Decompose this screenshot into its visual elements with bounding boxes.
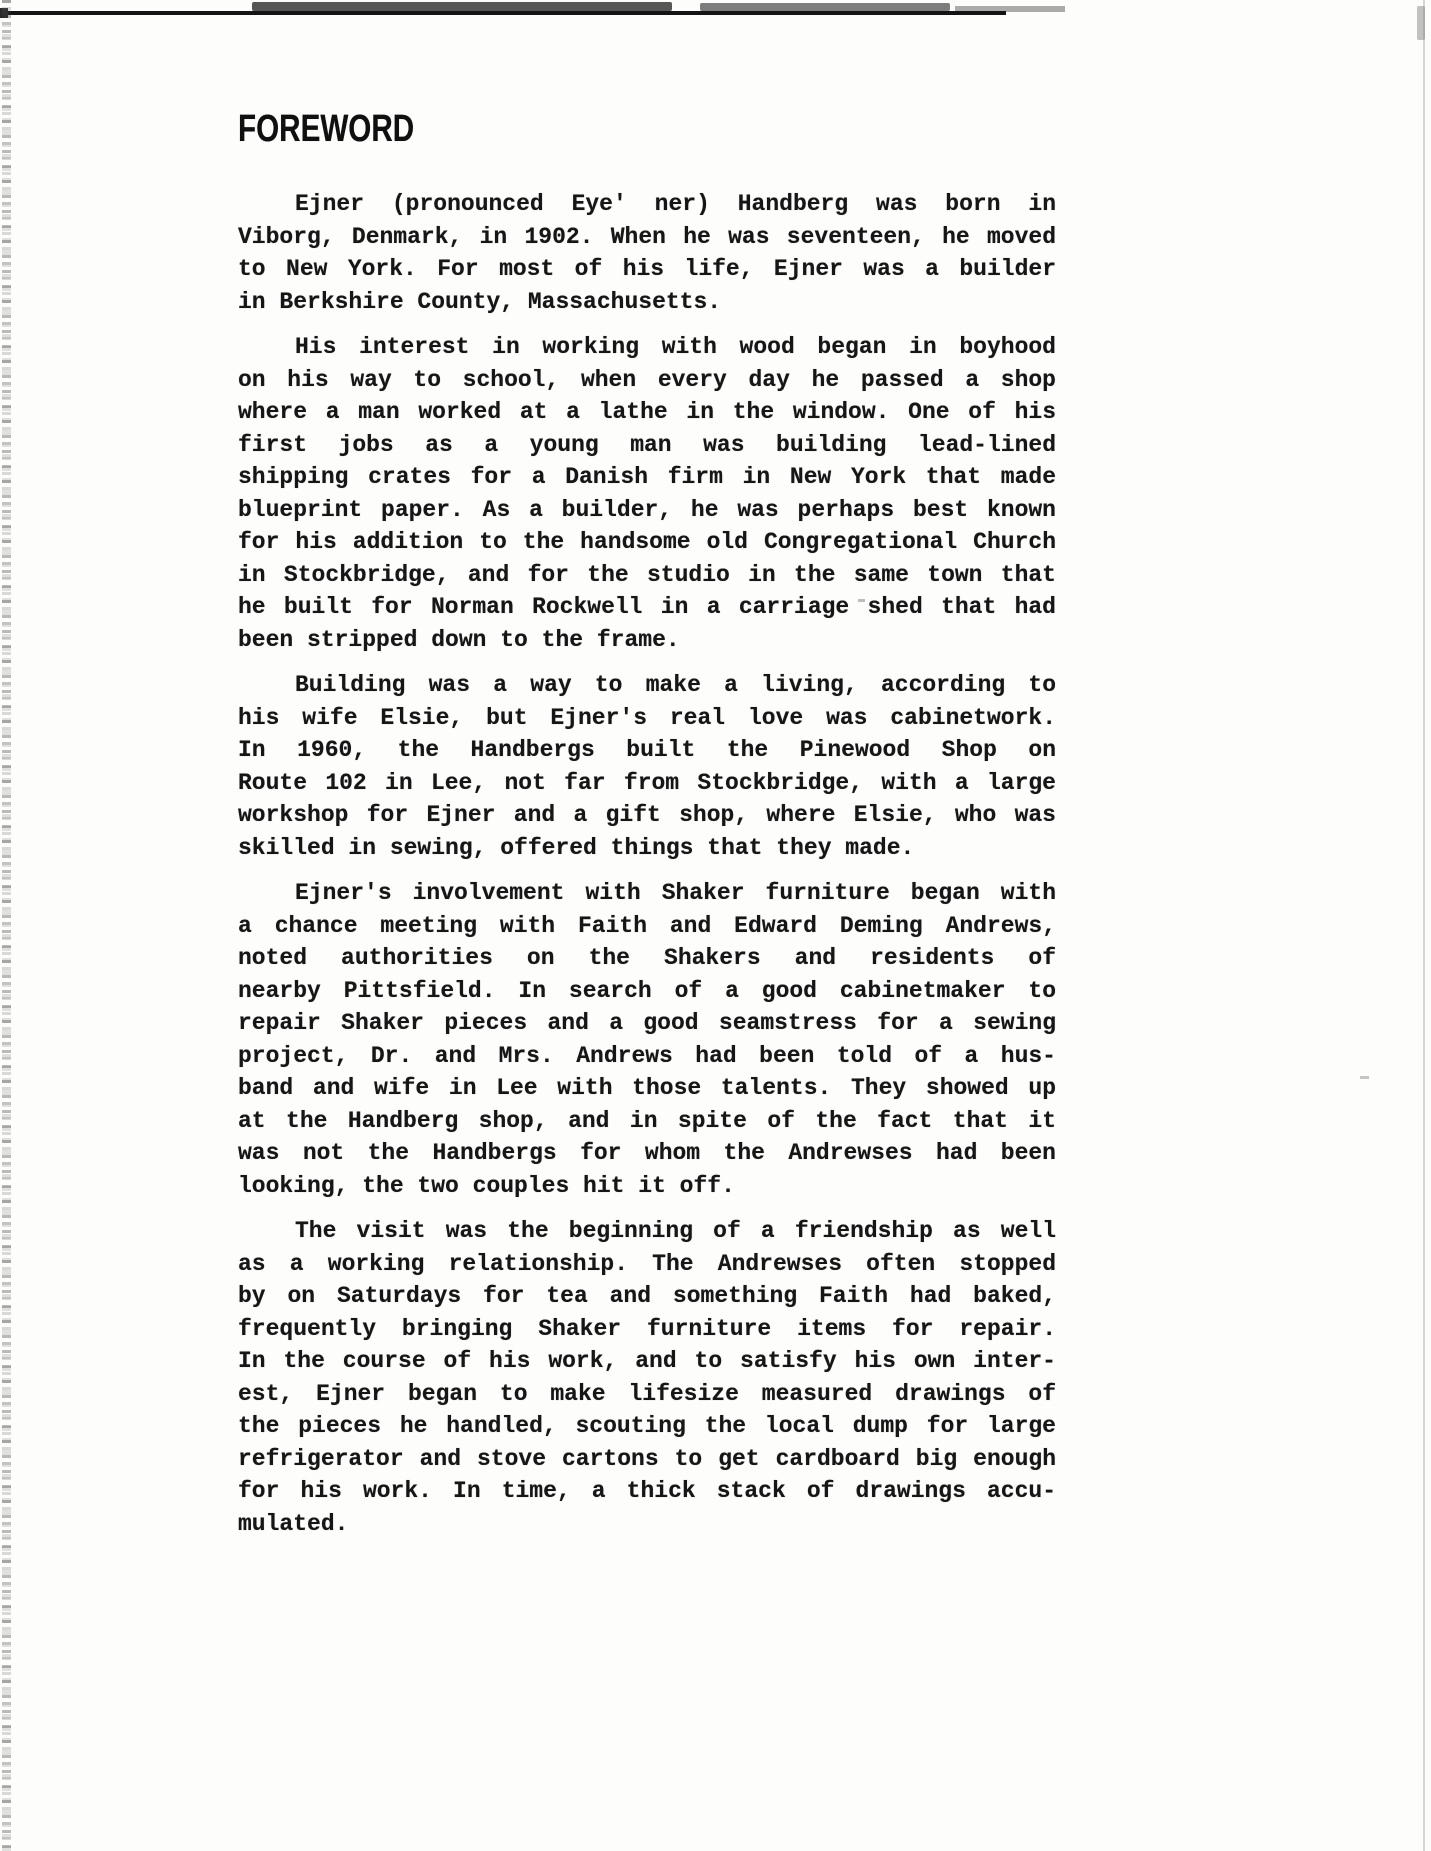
scan-smudge	[1417, 6, 1425, 40]
text-line: been stripped down to the frame.	[238, 624, 1056, 657]
text-line: his wife Elsie, but Ejner's real love wa…	[238, 702, 1056, 735]
scan-smudge	[252, 2, 672, 11]
scanned-page: FOREWORD Ejner (pronounced Eye' ner) Han…	[0, 0, 1431, 1851]
text-line: looking, the two couples hit it off.	[238, 1170, 1056, 1203]
text-line: refrigerator and stove cartons to get ca…	[238, 1443, 1056, 1476]
paragraph: The visit was the beginning of a friends…	[238, 1215, 1056, 1540]
text-line: est, Ejner began to make lifesize measur…	[238, 1378, 1056, 1411]
scan-speck	[1360, 1076, 1369, 1079]
text-line: in Berkshire County, Massachusetts.	[238, 286, 1056, 319]
body-text: Ejner (pronounced Eye' ner) Handberg was…	[238, 188, 1056, 1540]
text-line: shipping crates for a Danish firm in New…	[238, 461, 1056, 494]
text-line: as a working relationship. The Andrewses…	[238, 1248, 1056, 1281]
text-line: a chance meeting with Faith and Edward D…	[238, 910, 1056, 943]
paragraph: His interest in working with wood began …	[238, 331, 1056, 656]
text-line: blueprint paper. As a builder, he was pe…	[238, 494, 1056, 527]
text-line: the pieces he handled, scouting the loca…	[238, 1410, 1056, 1443]
text-line: band and wife in Lee with those talents.…	[238, 1072, 1056, 1105]
text-line: Ejner's involvement with Shaker furnitur…	[238, 877, 1056, 910]
text-line: was not the Handbergs for whom the Andre…	[238, 1137, 1056, 1170]
text-line: on his way to school, when every day he …	[238, 364, 1056, 397]
text-line: nearby Pittsfield. In search of a good c…	[238, 975, 1056, 1008]
text-line: for his addition to the handsome old Con…	[238, 526, 1056, 559]
text-line: by on Saturdays for tea and something Fa…	[238, 1280, 1056, 1313]
text-line: where a man worked at a lathe in the win…	[238, 396, 1056, 429]
text-line: workshop for Ejner and a gift shop, wher…	[238, 799, 1056, 832]
paragraph: Ejner (pronounced Eye' ner) Handberg was…	[238, 188, 1056, 318]
text-line: Ejner (pronounced Eye' ner) Handberg was…	[238, 188, 1056, 221]
text-line: mulated.	[238, 1508, 1056, 1541]
text-line: for his work. In time, a thick stack of …	[238, 1475, 1056, 1508]
scan-top-edge-line	[8, 11, 1006, 15]
text-line: In 1960, the Handbergs built the Pinewoo…	[238, 734, 1056, 767]
text-line: Viborg, Denmark, in 1902. When he was se…	[238, 221, 1056, 254]
paragraph: Building was a way to make a living, acc…	[238, 669, 1056, 864]
paragraph: Ejner's involvement with Shaker furnitur…	[238, 877, 1056, 1202]
page-content: FOREWORD Ejner (pronounced Eye' ner) Han…	[238, 110, 1056, 1553]
text-line: Route 102 in Lee, not far from Stockbrid…	[238, 767, 1056, 800]
text-line: he built for Norman Rockwell in a carria…	[238, 591, 1056, 624]
text-line: Building was a way to make a living, acc…	[238, 669, 1056, 702]
text-line: first jobs as a young man was building l…	[238, 429, 1056, 462]
text-line: In the course of his work, and to satisf…	[238, 1345, 1056, 1378]
text-line: His interest in working with wood began …	[238, 331, 1056, 364]
scan-left-edge-band	[2, 0, 11, 1851]
text-line: repair Shaker pieces and a good seamstre…	[238, 1007, 1056, 1040]
scan-right-edge-line	[1423, 0, 1425, 1851]
text-line: project, Dr. and Mrs. Andrews had been t…	[238, 1040, 1056, 1073]
text-line: frequently bringing Shaker furniture ite…	[238, 1313, 1056, 1346]
text-line: to New York. For most of his life, Ejner…	[238, 253, 1056, 286]
text-line: in Stockbridge, and for the studio in th…	[238, 559, 1056, 592]
text-line: skilled in sewing, offered things that t…	[238, 832, 1056, 865]
scan-smudge	[700, 3, 950, 11]
text-line: noted authorities on the Shakers and res…	[238, 942, 1056, 975]
page-title: FOREWORD	[238, 110, 876, 148]
text-line: at the Handberg shop, and in spite of th…	[238, 1105, 1056, 1138]
text-line: The visit was the beginning of a friends…	[238, 1215, 1056, 1248]
